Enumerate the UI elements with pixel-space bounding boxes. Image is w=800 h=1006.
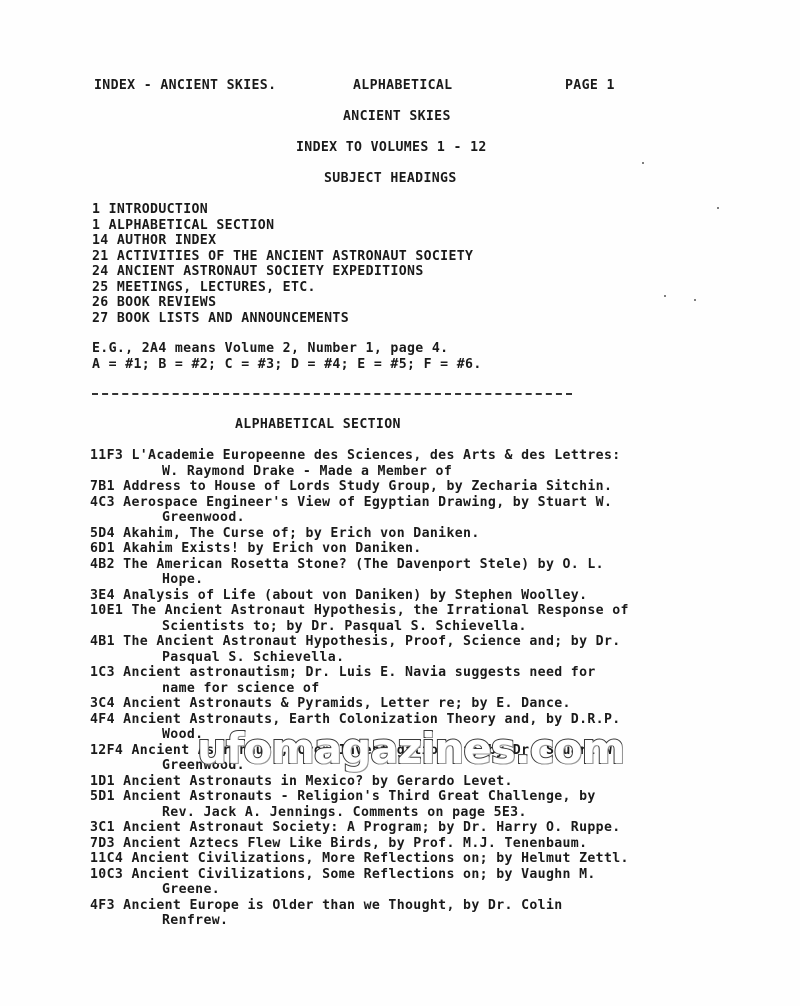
entry-continuation: name for science of — [162, 681, 320, 696]
index-entry: 4C3 Aerospace Engineer's View of Egyptia… — [90, 495, 612, 510]
entry-title: Ancient Civilizations, More Reflections … — [131, 851, 628, 866]
heading-page-number: 25 — [92, 280, 109, 295]
entry-title: Ancient Civilizations, Some Reflections … — [131, 867, 595, 882]
entry-code: 4B1 — [90, 634, 115, 649]
watermark-logo: ufomagazines.com — [197, 727, 624, 771]
index-entry: 10C3 Ancient Civilizations, Some Reflect… — [90, 867, 596, 882]
running-header-left: INDEX - ANCIENT SKIES. — [94, 78, 276, 93]
entry-continuation: W. Raymond Drake - Made a Member of — [162, 464, 452, 479]
entry-title: The Ancient Astronaut Hypothesis, Proof,… — [123, 634, 620, 649]
entry-code: 10E1 — [90, 603, 123, 618]
entry-continuation: Greene. — [162, 882, 220, 897]
heading-label: BOOK REVIEWS — [117, 295, 216, 310]
entry-title: Address to House of Lords Study Group, b… — [123, 479, 612, 494]
entry-title: Ancient Astronauts & Pyramids, Letter re… — [123, 696, 571, 711]
entry-continuation: Pasqual S. Schievella. — [162, 650, 344, 665]
subject-heading-item: 14 AUTHOR INDEX — [92, 233, 216, 248]
heading-page-number: 26 — [92, 295, 109, 310]
entry-code: 4B2 — [90, 557, 115, 572]
entry-code: 11C4 — [90, 851, 123, 866]
scan-speck — [694, 299, 696, 301]
entry-code: 12F4 — [90, 743, 123, 758]
running-header-center: ALPHABETICAL — [353, 78, 452, 93]
entry-code: 1C3 — [90, 665, 115, 680]
subject-heading-item: 1 ALPHABETICAL SECTION — [92, 218, 274, 233]
entry-continuation: Renfrew. — [162, 913, 228, 928]
publication-title: ANCIENT SKIES — [343, 109, 451, 124]
index-entry: 3C1 Ancient Astronaut Society: A Program… — [90, 820, 621, 835]
index-entry: 10E1 The Ancient Astronaut Hypothesis, t… — [90, 603, 629, 618]
heading-page-number: 14 — [92, 233, 109, 248]
entry-code: 7D3 — [90, 836, 115, 851]
index-entry: 4F3 Ancient Europe is Older than we Thou… — [90, 898, 563, 913]
heading-page-number: 21 — [92, 249, 109, 264]
index-entry: 11F3 L'Academie Europeenne des Sciences,… — [90, 448, 621, 463]
index-entry: 3E4 Analysis of Life (about von Daniken)… — [90, 588, 587, 603]
entry-code: 4F3 — [90, 898, 115, 913]
entry-title: The American Rosetta Stone? (The Davenpo… — [123, 557, 604, 572]
index-entry: 4B1 The Ancient Astronaut Hypothesis, Pr… — [90, 634, 621, 649]
entry-code: 5D4 — [90, 526, 115, 541]
entry-continuation: Hope. — [162, 572, 203, 587]
entry-title: Ancient astronautism; Dr. Luis E. Navia … — [123, 665, 596, 680]
index-entry: 1D1 Ancient Astronauts in Mexico? by Ger… — [90, 774, 513, 789]
entry-code: 10C3 — [90, 867, 123, 882]
entry-title: Analysis of Life (about von Daniken) by … — [123, 588, 587, 603]
index-entry: 7B1 Address to House of Lords Study Grou… — [90, 479, 612, 494]
entry-code: 7B1 — [90, 479, 115, 494]
entry-code: 3C1 — [90, 820, 115, 835]
alphabetical-section-heading: ALPHABETICAL SECTION — [235, 417, 401, 432]
entry-title: Ancient Astronaut Society: A Program; by… — [123, 820, 620, 835]
entry-code: 3C4 — [90, 696, 115, 711]
heading-label: ANCIENT ASTRONAUT SOCIETY EXPEDITIONS — [117, 264, 424, 279]
heading-page-number: 27 — [92, 311, 109, 326]
entry-code: 5D1 — [90, 789, 115, 804]
document-page: INDEX - ANCIENT SKIES. ALPHABETICAL PAGE… — [0, 0, 800, 1006]
citation-example: E.G., 2A4 means Volume 2, Number 1, page… — [92, 341, 448, 356]
index-entry: 1C3 Ancient astronautism; Dr. Luis E. Na… — [90, 665, 596, 680]
issue-letter-key: A = #1; B = #2; C = #3; D = #4; E = #5; … — [92, 357, 482, 372]
heading-label: BOOK LISTS AND ANNOUNCEMENTS — [117, 311, 349, 326]
entry-title: L'Academie Europeenne des Sciences, des … — [131, 448, 620, 463]
subject-heading-item: 1 INTRODUCTION — [92, 202, 208, 217]
entry-title: Akahim, The Curse of; by Erich von Danik… — [123, 526, 479, 541]
dashed-divider — [92, 393, 572, 395]
entry-continuation: Rev. Jack A. Jennings. Comments on page … — [162, 805, 527, 820]
scan-speck — [664, 295, 666, 297]
heading-label: ALPHABETICAL SECTION — [109, 218, 275, 233]
entry-code: 6D1 — [90, 541, 115, 556]
subject-heading-item: 27 BOOK LISTS AND ANNOUNCEMENTS — [92, 311, 349, 326]
index-entry: 3C4 Ancient Astronauts & Pyramids, Lette… — [90, 696, 571, 711]
entry-title: Akahim Exists! by Erich von Daniken. — [123, 541, 421, 556]
heading-label: INTRODUCTION — [109, 202, 208, 217]
index-entry: 11C4 Ancient Civilizations, More Reflect… — [90, 851, 629, 866]
entry-title: Ancient Astronauts in Mexico? by Gerardo… — [123, 774, 513, 789]
entry-title: Ancient Astronauts - Religion's Third Gr… — [123, 789, 596, 804]
subject-heading-item: 26 BOOK REVIEWS — [92, 295, 216, 310]
entry-title: Ancient Aztecs Flew Like Birds, by Prof.… — [123, 836, 587, 851]
entry-code: 4C3 — [90, 495, 115, 510]
heading-label: MEETINGS, LECTURES, ETC. — [117, 280, 316, 295]
subject-headings-title: SUBJECT HEADINGS — [324, 171, 457, 186]
index-entry: 4B2 The American Rosetta Stone? (The Dav… — [90, 557, 604, 572]
entry-continuation: Greenwood. — [162, 510, 245, 525]
entry-code: 3E4 — [90, 588, 115, 603]
entry-code: 4F4 — [90, 712, 115, 727]
index-entry: 5D4 Akahim, The Curse of; by Erich von D… — [90, 526, 480, 541]
subject-heading-item: 24 ANCIENT ASTRONAUT SOCIETY EXPEDITIONS — [92, 264, 424, 279]
entry-title: Aerospace Engineer's View of Egyptian Dr… — [123, 495, 612, 510]
heading-page-number: 1 — [92, 202, 100, 217]
index-entry: 6D1 Akahim Exists! by Erich von Daniken. — [90, 541, 422, 556]
heading-page-number: 1 — [92, 218, 100, 233]
scan-speck — [642, 162, 644, 164]
entry-code: 1D1 — [90, 774, 115, 789]
entry-title: The Ancient Astronaut Hypothesis, the Ir… — [131, 603, 628, 618]
entry-title: Ancient Europe is Older than we Thought,… — [123, 898, 562, 913]
entry-continuation: Scientists to; by Dr. Pasqual S. Schieve… — [162, 619, 527, 634]
subject-heading-item: 25 MEETINGS, LECTURES, ETC. — [92, 280, 316, 295]
running-header-page: PAGE 1 — [565, 78, 615, 93]
heading-page-number: 24 — [92, 264, 109, 279]
scan-speck — [717, 207, 719, 209]
heading-label: AUTHOR INDEX — [117, 233, 216, 248]
index-subtitle: INDEX TO VOLUMES 1 - 12 — [296, 140, 487, 155]
entry-code: 11F3 — [90, 448, 123, 463]
index-entry: 7D3 Ancient Aztecs Flew Like Birds, by P… — [90, 836, 587, 851]
subject-heading-item: 21 ACTIVITIES OF THE ANCIENT ASTRONAUT S… — [92, 249, 473, 264]
index-entry: 5D1 Ancient Astronauts - Religion's Thir… — [90, 789, 596, 804]
heading-label: ACTIVITIES OF THE ANCIENT ASTRONAUT SOCI… — [117, 249, 473, 264]
